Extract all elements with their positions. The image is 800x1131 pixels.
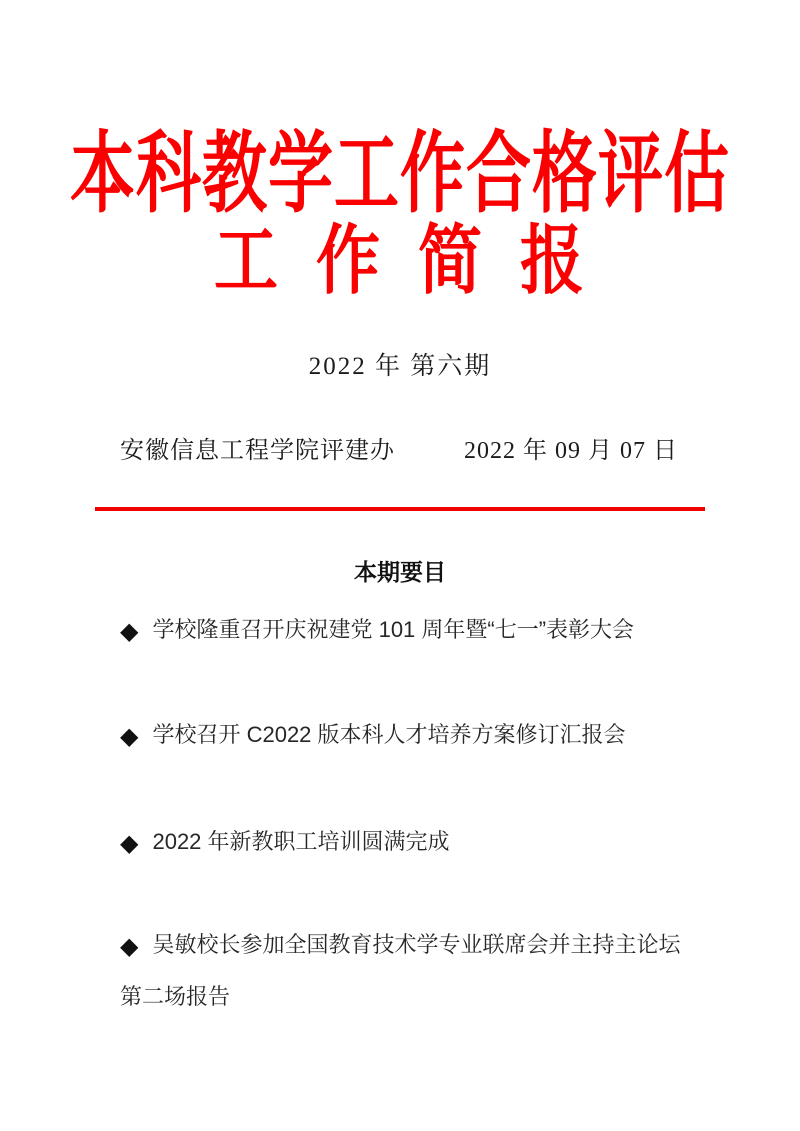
bulletin-title-line2: 工 作 简 报 [0,224,800,300]
diamond-icon: ◆ [120,832,138,856]
toc-item: ◆吴敏校长参加全国教育技术学专业联席会并主持主论坛 第二场报告 [120,919,698,1023]
toc-item-text: 2022 年新教职工培训圆满完成 [152,829,449,854]
publisher-name: 安徽信息工程学院评建办 [120,437,395,466]
toc-item-text: 吴敏校长参加全国教育技术学专业联席会并主持主论坛 [152,932,680,957]
red-divider-rule [95,507,705,511]
toc-item: ◆学校召开 C2022 版本科人才培养方案修订汇报会 [120,719,698,751]
diamond-icon: ◆ [120,935,138,959]
toc-item: ◆学校隆重召开庆祝建党 101 周年暨“七一”表彰大会 [120,614,698,646]
publisher-date-row: 安徽信息工程学院评建办 2022 年 09 月 07 日 [120,437,678,466]
toc-item: ◆2022 年新教职工培训圆满完成 [120,826,698,858]
publish-date: 2022 年 09 月 07 日 [464,437,678,466]
section-title-contents: 本期要目 [0,558,800,588]
diamond-icon: ◆ [120,725,138,749]
toc-item-text: 学校召开 C2022 版本科人才培养方案修订汇报会 [152,722,625,747]
bulletin-title-line1: 本科教学工作合格评估 [0,132,800,220]
diamond-icon: ◆ [120,620,138,644]
toc-item-text-line2: 第二场报告 [120,971,698,1023]
toc-item-text: 学校隆重召开庆祝建党 101 周年暨“七一”表彰大会 [152,617,634,642]
issue-number: 2022 年 第六期 [0,352,800,382]
bulletin-cover-page: 本科教学工作合格评估 工 作 简 报 2022 年 第六期 安徽信息工程学院评建… [0,0,800,1131]
